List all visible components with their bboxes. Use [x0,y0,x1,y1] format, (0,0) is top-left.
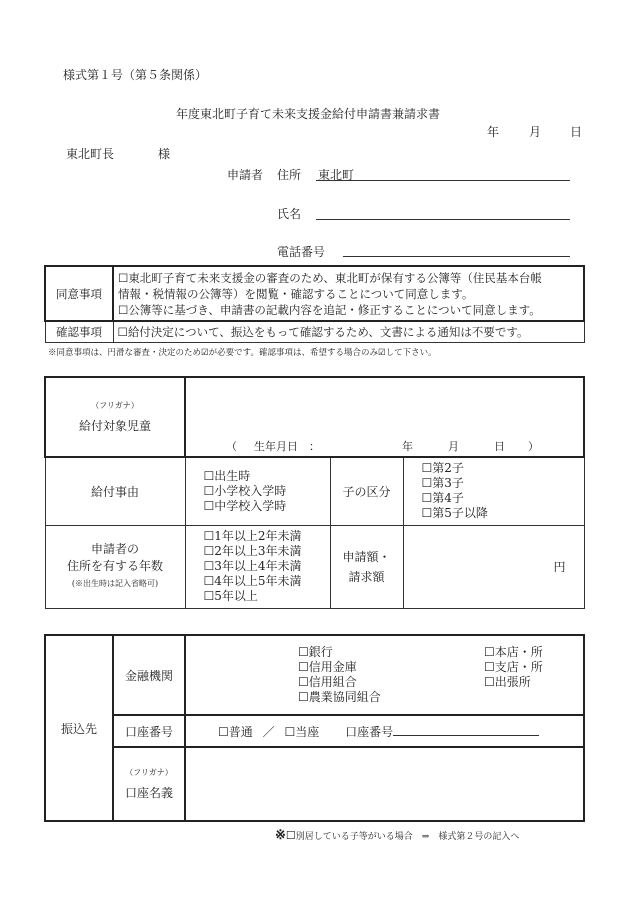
child-order-options: 第2子 第3子 第4子 第5子以降 [403,457,584,525]
checkbox-icon[interactable] [298,675,309,689]
reason-label: 給付事由 [45,457,185,525]
residency-option[interactable]: 2年以上3年未満 [204,544,330,559]
checkbox-icon[interactable] [204,499,215,513]
date-year-label: 年 [487,123,499,140]
institution-type-options: 銀行 信用金庫 信用組合 農業協同組合 [298,645,381,705]
addressee: 東北町長 [66,145,114,162]
checkbox-icon[interactable] [218,725,229,739]
yen-unit: 円 [553,560,565,574]
transfer-label: 振込先 [45,635,113,821]
honorific: 様 [158,145,170,162]
phone-label: 電話番号 [277,243,325,260]
checkbox-icon[interactable] [204,529,215,543]
form-number: 様式第１号（第５条関係） [63,66,207,83]
residency-note: (※出生時は記入省略可) [46,575,185,592]
holder-label-cell: （フリガナ） 口座名義 [113,747,185,821]
institution-label: 金融機関 [113,635,185,715]
child-order-option[interactable]: 第3子 [422,476,584,491]
consent-label: 同意事項 [45,266,113,321]
checkbox-icon[interactable] [298,660,309,674]
residency-option[interactable]: 3年以上4年未満 [204,559,330,574]
checkbox-icon[interactable] [204,484,215,498]
branch-type-options: 本店・所 支店・所 出張所 [484,645,543,690]
residency-options: 1年以上2年未満 2年以上3年未満 3年以上4年未満 4年以上5年未満 5年以上 [185,525,330,608]
checkbox-icon[interactable] [204,559,215,573]
amount-field[interactable]: 円 [403,525,584,608]
checkbox-icon[interactable] [422,476,433,490]
checkbox-icon[interactable] [204,589,215,603]
residency-option[interactable]: 4年以上5年未満 [204,574,330,589]
date-day-label: 日 [570,123,582,140]
checkbox-icon[interactable] [484,660,495,674]
checkbox-icon[interactable] [484,675,495,689]
checkbox-icon[interactable] [484,645,495,659]
branch-option[interactable]: 本店・所 [484,645,543,660]
birthdate-row: （ 生年月日 ： 年 月 日 ） [186,438,583,456]
reason-options: 出生時 小学校入学時 中学校入学時 [185,457,330,525]
account-field: 普通 ／ 当座 口座番号 [185,715,584,747]
date-month-label: 月 [529,123,541,140]
furigana-label: （フリガナ） [46,400,184,411]
page-title: 年度東北町子育て未来支援金給付申請書兼請求書 [176,105,440,122]
child-table: （フリガナ） 給付対象児童 （ 生年月日 ： 年 月 日 ） 給付事由 出生時 … [44,376,585,609]
address-label: 住所 [277,166,301,183]
birthdate-label: 生年月日 ： [254,438,320,454]
consent-items: 東北町子育て未来支援金の審査のため、東北町が保有する公簿等（住民基本台帳 情報・… [113,266,584,321]
holder-field[interactable] [185,747,584,821]
confirmation-item[interactable]: 給付決定について、振込をもって確認するため、文書による通知は不要です。 [113,321,584,342]
branch-option[interactable]: 支店・所 [484,660,543,675]
child-label: 給付対象児童 [46,417,184,434]
institution-option[interactable]: 銀行 [298,645,381,660]
institution-field: 銀行 信用金庫 信用組合 農業協同組合 本店・所 支店・所 出張所 [185,635,584,715]
institution-option[interactable]: 信用組合 [298,675,381,690]
institution-option[interactable]: 農業協同組合 [298,690,381,705]
name-label: 氏名 [277,205,301,222]
account-number-label: 口座番号 [345,725,393,739]
applicant-label: 申請者 [227,166,263,183]
separator: ／ [263,725,275,739]
account-type-current[interactable]: 当座 [284,725,319,739]
checkbox-icon[interactable] [422,506,433,520]
checkbox-icon[interactable] [204,544,215,558]
checkbox-icon[interactable] [422,491,433,505]
reason-option[interactable]: 出生時 [204,469,330,484]
child-order-option[interactable]: 第5子以降 [422,506,584,521]
checkbox-icon[interactable] [284,725,295,739]
branch-option[interactable]: 出張所 [484,675,543,690]
checkbox-icon[interactable] [204,574,215,588]
child-order-option[interactable]: 第4子 [422,491,584,506]
checkbox-icon[interactable] [286,829,296,842]
account-type-ordinary[interactable]: 普通 [218,725,253,739]
address-field-line[interactable] [316,180,570,181]
consent-item-2[interactable]: 公簿等に基づき、申請書の記載内容を追記・修正することについて同意します。 [118,302,579,318]
transfer-table: 振込先 金融機関 銀行 信用金庫 信用組合 農業協同組合 本店・所 支店・所 出… [44,634,585,822]
checkbox-icon[interactable] [118,325,128,339]
confirmation-label: 確認事項 [45,321,113,342]
residency-option[interactable]: 1年以上2年未満 [204,529,330,544]
institution-option[interactable]: 信用金庫 [298,660,381,675]
child-name-field[interactable]: （ 生年月日 ： 年 月 日 ） [185,377,584,457]
checkbox-icon[interactable] [118,303,128,317]
phone-field-line[interactable] [343,256,570,257]
footer-note: ※別居している子等がいる場合 ⇒ 様式第２号の記入へ [275,828,519,843]
account-number-input[interactable] [393,723,539,736]
consent-table: 同意事項 東北町子育て未来支援金の審査のため、東北町が保有する公簿等（住民基本台… [44,265,585,343]
child-label-cell: （フリガナ） 給付対象児童 [45,377,185,457]
checkbox-icon[interactable] [204,469,215,483]
account-label: 口座番号 [113,715,185,747]
child-order-label: 子の区分 [330,457,403,525]
residency-option[interactable]: 5年以上 [204,589,330,604]
amount-label-cell: 申請額・ 請求額 [330,525,403,608]
consent-item-1-cont: 情報・税情報の公簿等）を閲覧・確認することについて同意します。 [118,286,579,302]
child-order-option[interactable]: 第2子 [422,461,584,476]
checkbox-icon[interactable] [422,461,433,475]
checkbox-icon[interactable] [298,690,309,704]
checkbox-icon[interactable] [298,645,309,659]
checkbox-icon[interactable] [118,271,128,285]
reason-option[interactable]: 小学校入学時 [204,484,330,499]
name-field-line[interactable] [316,219,570,220]
residency-label-cell: 申請者の 住所を有する年数 (※出生時は記入省略可) [45,525,185,608]
reason-option[interactable]: 中学校入学時 [204,499,330,514]
consent-item-1[interactable]: 東北町子育て未来支援金の審査のため、東北町が保有する公簿等（住民基本台帳 [118,270,579,286]
consent-note: ※同意事項は、円滑な審査・決定のため☑が必要です。確認事項は、希望する場合のみ☑… [48,346,437,358]
